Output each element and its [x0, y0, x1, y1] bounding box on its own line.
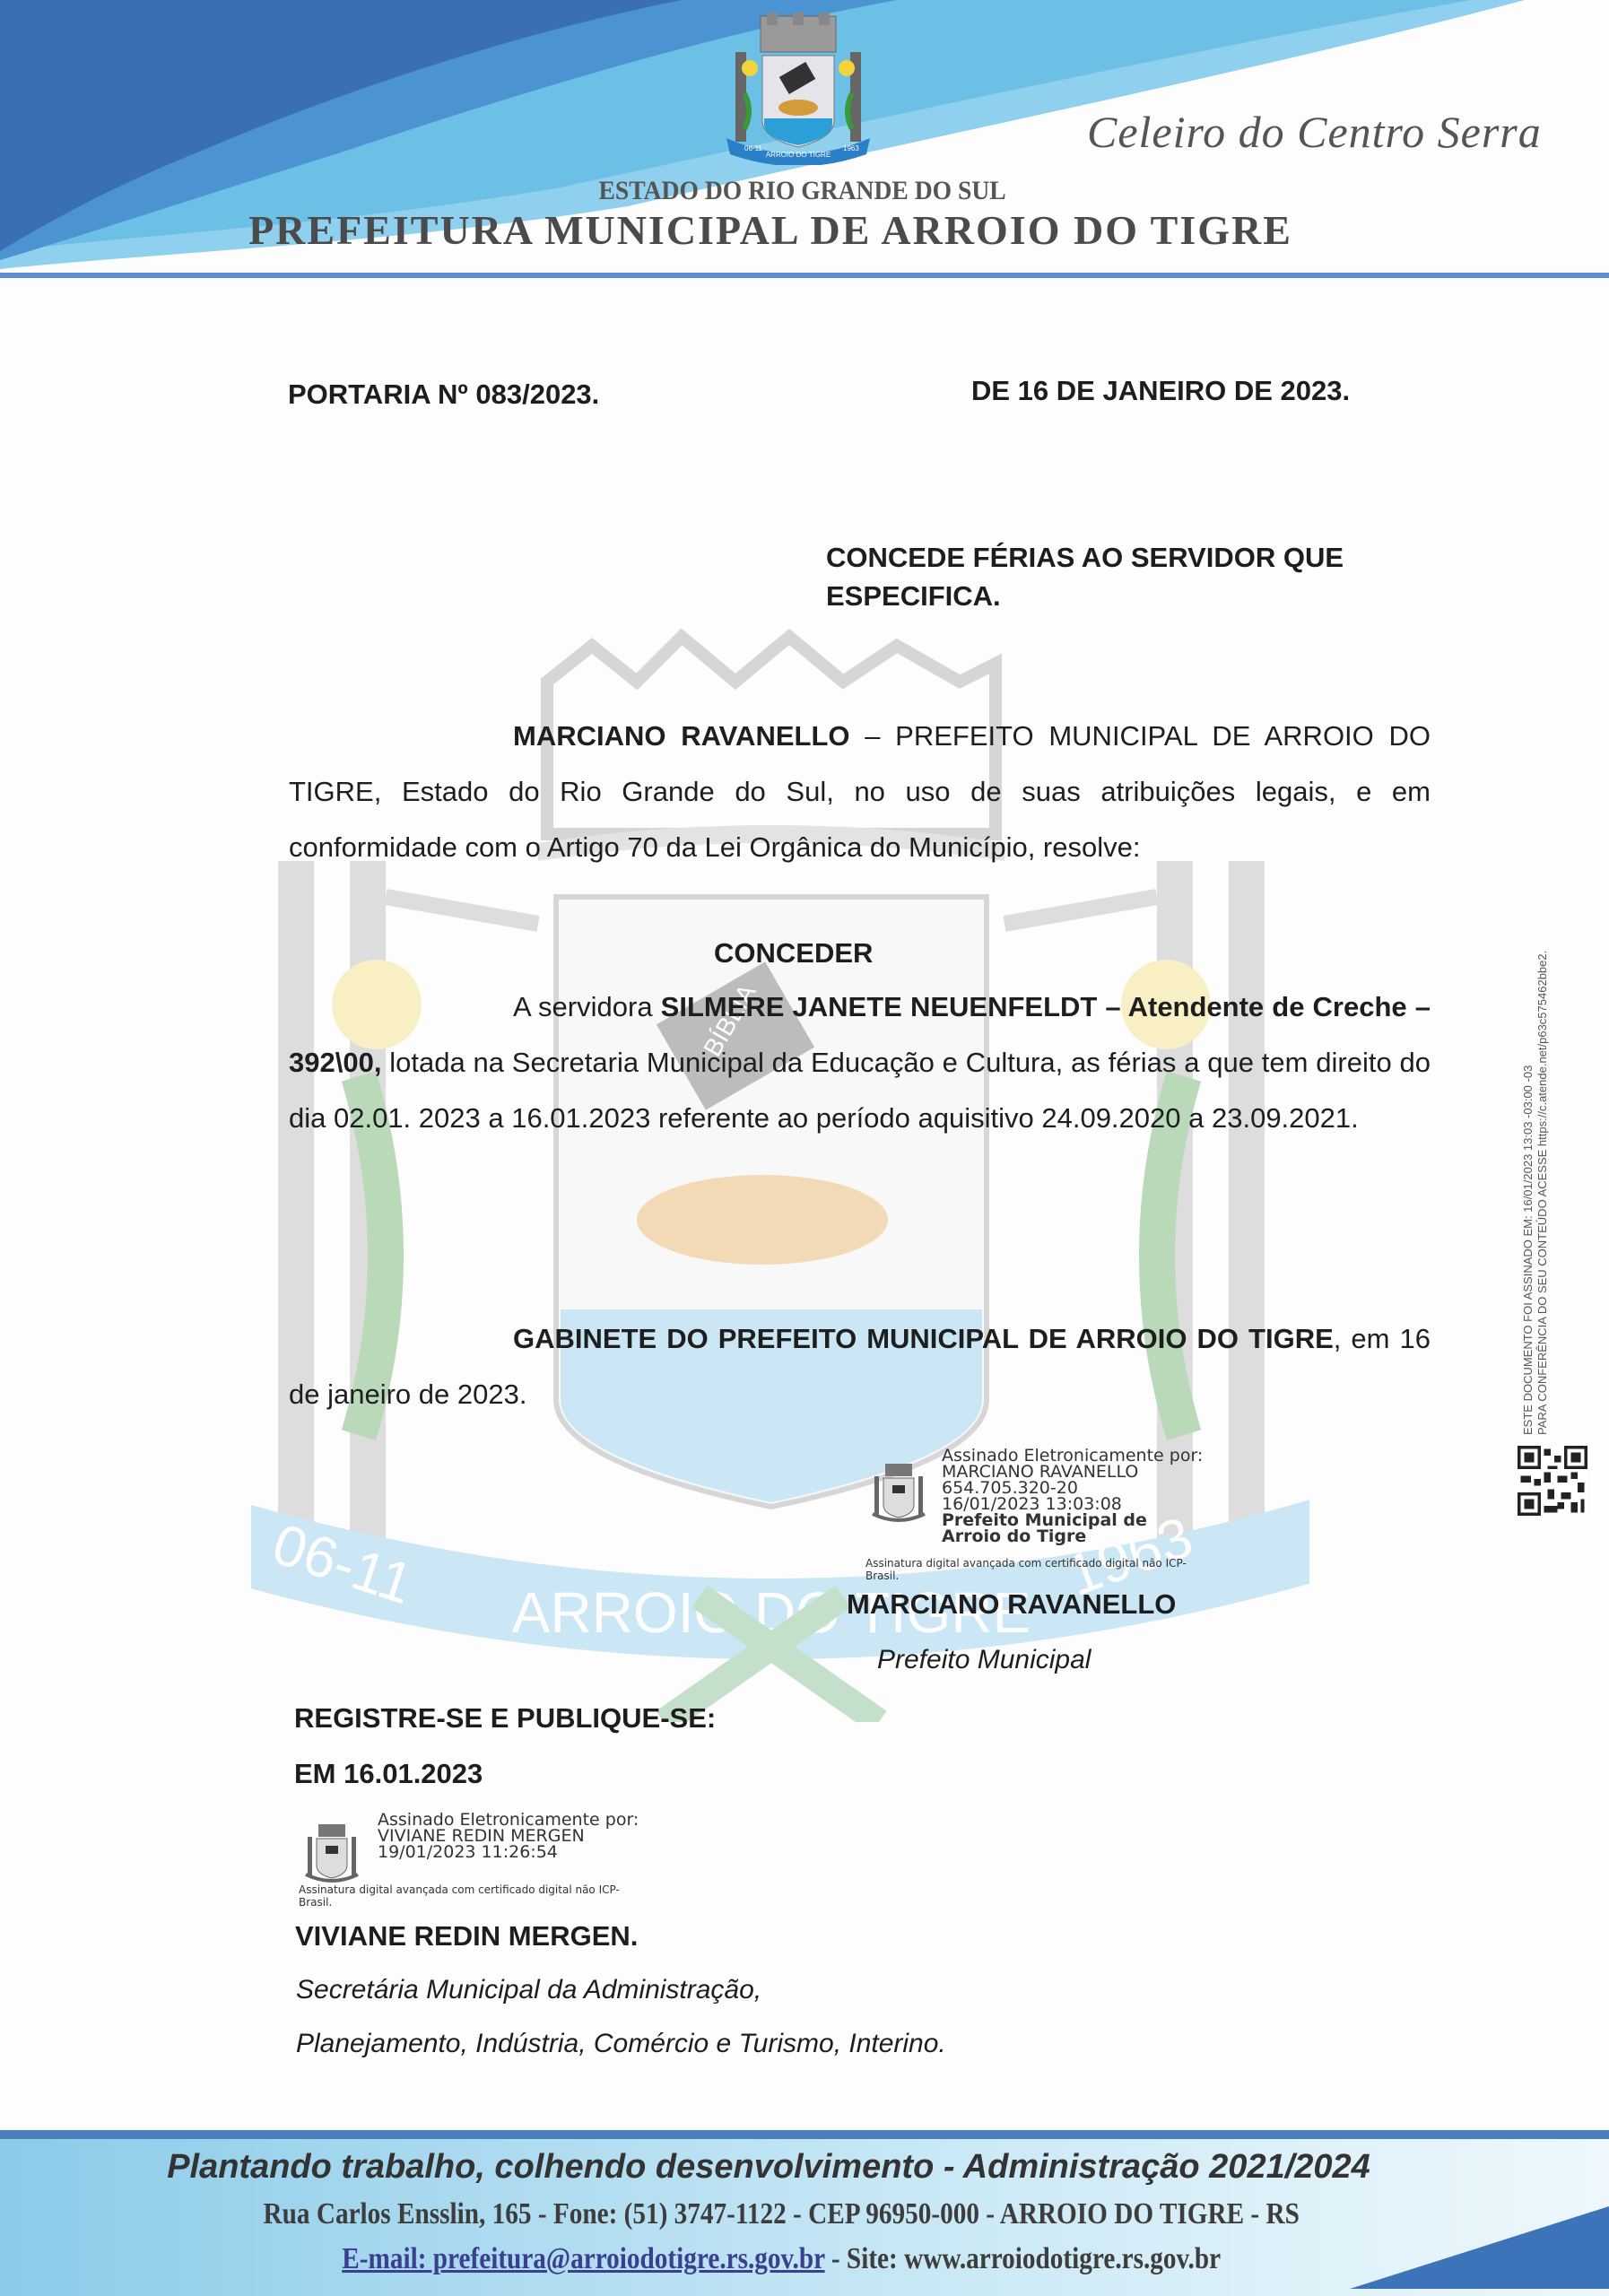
footer-address: Rua Carlos Ensslin, 165 - Fone: (51) 374…: [113, 2197, 1497, 2231]
website-text: Site: www.arroiodotigre.rs.gov.br: [847, 2242, 1221, 2275]
qr-code-icon[interactable]: [1518, 1446, 1587, 1516]
footer-slogan: Plantando trabalho, colhendo desenvolvim…: [0, 2148, 1609, 2187]
state-name: ESTADO DO RIO GRANDE DO SUL: [64, 176, 1544, 206]
footer-contact: E-mail: prefeitura@arroiodotigre.rs.gov.…: [113, 2242, 1497, 2276]
portaria-number: PORTARIA Nº 083/2023.: [288, 380, 599, 408]
grant-paragraph: A servidora SILMERE JANETE NEUENFELDT – …: [289, 979, 1431, 1146]
svg-text:06-11: 06-11: [744, 144, 762, 152]
header-divider: [0, 273, 1609, 278]
signature-crest-icon: [869, 1462, 928, 1525]
svg-text:ARROIO DO TIGRE: ARROIO DO TIGRE: [766, 151, 831, 159]
verification-notice: ESTE DOCUMENTO FOI ASSINADO EM: 16/01/20…: [1521, 771, 1550, 1435]
preamble-paragraph: MARCIANO RAVANELLO – PREFEITO MUNICIPAL …: [289, 709, 1431, 875]
portaria-date: DE 16 DE JANEIRO DE 2023.: [971, 377, 1350, 404]
prefeitura-title: PREFEITURA MUNICIPAL DE ARROIO DO TIGRE: [0, 206, 1609, 254]
secretary-role-line1: Secretária Municipal da Administração,: [296, 1977, 761, 2004]
email-link[interactable]: E-mail: prefeitura@arroiodotigre.rs.gov.…: [342, 2242, 824, 2275]
publication-date: EM 16.01.2023: [294, 1760, 483, 1787]
portaria-summary: CONCEDE FÉRIAS AO SERVIDOR QUE ESPECIFIC…: [826, 538, 1454, 615]
registre-publique: REGISTRE-SE E PUBLIQUE-SE:: [294, 1704, 716, 1732]
mayor-name-inline: MARCIANO RAVANELLO: [513, 720, 850, 752]
secretary-role-line2: Planejamento, Indústria, Comércio e Turi…: [296, 2031, 946, 2057]
action-heading: CONCEDER: [714, 939, 873, 967]
mayor-signature-name: MARCIANO RAVANELLO: [847, 1590, 1176, 1618]
signature-crest-icon: [302, 1822, 361, 1885]
municipal-motto: Celeiro do Centro Serra: [1087, 106, 1571, 158]
municipal-crest-logo: ARROIO DO TIGRE 06-11 1963: [718, 13, 879, 165]
svg-text:1963: 1963: [843, 144, 859, 152]
closing-paragraph: GABINETE DO PREFEITO MUNICIPAL DE ARROIO…: [289, 1311, 1431, 1422]
secretary-signature-name: VIVIANE REDIN MERGEN.: [295, 1922, 638, 1950]
mayor-signature-role: Prefeito Municipal: [877, 1647, 1091, 1674]
